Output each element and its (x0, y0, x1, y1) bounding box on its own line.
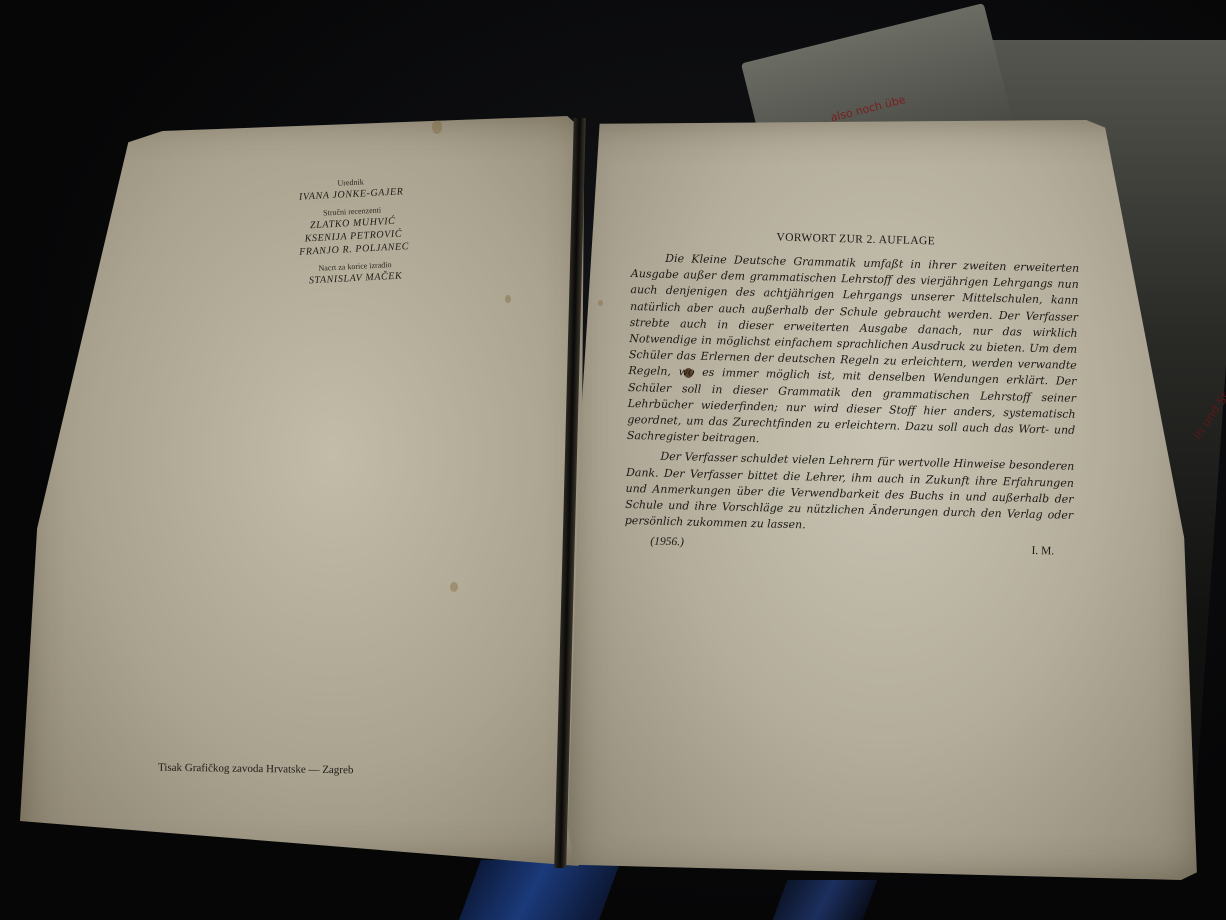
foreword: VORWORT ZUR 2. AUFLAGE Die Kleine Deutsc… (624, 228, 1080, 558)
paper-stain (505, 295, 511, 303)
foreword-paragraph: Die Kleine Deutsche Grammatik umfaßt in … (627, 250, 1080, 455)
background-blue-item-2 (773, 880, 878, 920)
author-initials: I. M. (1031, 545, 1054, 558)
foreword-paragraph: Der Verfasser schuldet vielen Lehrern fü… (625, 448, 1075, 540)
foreword-year: (1956.) (650, 536, 684, 549)
paper-stain (450, 582, 458, 592)
paper-stain (432, 120, 442, 134)
photo-scene: ... also noch übe ... Zeit Ic in und St … (0, 0, 1226, 920)
background-blue-item (459, 860, 621, 920)
colophon: Urednik IVANA JONKE-GAJER Stručni recenz… (265, 168, 441, 290)
paper-stain (598, 300, 603, 306)
